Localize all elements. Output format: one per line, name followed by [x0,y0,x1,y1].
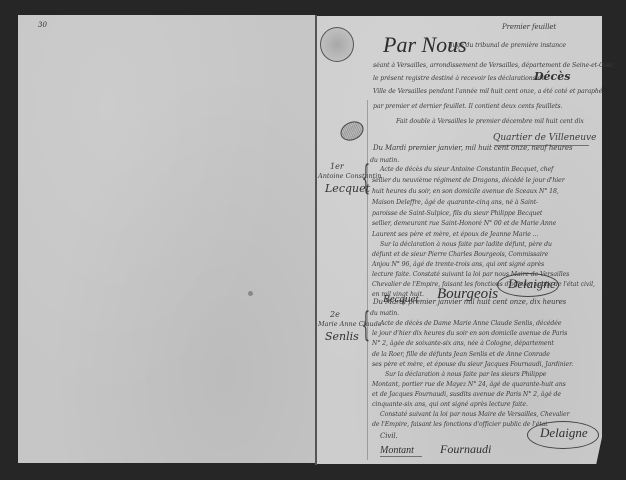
entry-line: de la Roer, fille de défunts Jean Senlis… [372,351,550,358]
entry-line: défunt et de sieur Pierre Charles Bourge… [372,251,548,258]
entry-line: Laurent ses père et mère, et époux de Je… [372,231,538,238]
entry-line: cinquante-six ans, qui ont signé après l… [372,401,528,408]
header-line: le présent registre destiné à recevoir l… [373,75,545,82]
header-closing: Fait double à Versailles le premier déce… [396,118,584,125]
left-page [18,15,316,463]
underline [380,456,422,457]
signature: Delaigne [540,425,588,441]
ink-stain [248,291,253,296]
signature: Delaigne [508,276,556,292]
entry-number: 1er [330,162,344,171]
entry-line: sellier, demeurant rue Saint-Honoré N° 0… [372,220,556,227]
margin-rule [367,100,368,460]
header-keyword: Décès [534,70,570,83]
entry-line: Civil. [380,432,398,440]
header-line: Juge du tribunal de première instance [450,42,566,49]
entry-number: 2e [330,310,340,319]
entry-line: et de Jacques Fournaudi, susdits avenue … [372,391,561,398]
header-line: Ville de Versailles pendant l'année mil … [373,88,602,95]
entry-line: Sur la déclaration à nous faite par les … [385,371,546,378]
entry-line: Acte de décès du sieur Antoine Constanti… [380,166,553,173]
signature: Montant [380,445,414,456]
entry-line: ses père et mère, et épouse du sieur Jac… [372,361,573,368]
entry-line: huit heures du soir, en son domicile ave… [372,188,559,195]
entry-line: du matin. [370,157,399,164]
entry-line: Sur la déclaration à nous faite par ladi… [380,241,552,248]
entry-line: N° 2, âgée de soixante-six ans, née à Co… [372,340,554,347]
entry-margin-name: Senlis [325,330,359,343]
entry-line: sellier du neuvième régiment de Dragons,… [372,177,565,184]
section-label: Quartier de Villeneuve [493,133,596,143]
entry-line: paroisse de Saint-Sulpice, fils du sieur… [372,210,542,217]
brace: { [361,158,370,198]
header-line: séant à Versailles, arrondissement de Ve… [373,62,614,69]
binding-gutter [315,15,317,465]
entry-margin-label: Marie Anne Claude [318,320,382,328]
entry-line: Maison Deleffre, âgé de quarante-cinq an… [372,199,538,206]
entry-line: du matin. [370,310,399,317]
folio-note: Premier feuillet [502,23,556,31]
entry-line: Du Mardi premier janvier, mil huit cent … [373,144,573,152]
entry-line: Du Mardi premier janvier mil huit cent o… [373,298,566,306]
scan-background: 30 Premier feuillet Par Nous Juge du tri… [0,0,626,480]
signature: Fournaudi [440,442,491,457]
entry-line: le jour d'hier dix heures du soir en son… [372,330,567,337]
header-line: par premier et dernier feuillet. Il cont… [373,103,562,110]
entry-line: Acte de décès de Dame Marie Anne Claude … [380,320,561,327]
entry-line: Anjou N° 96, âgé de trente-trois ans, qu… [372,261,544,268]
entry-line: Constaté suivant la loi par nous Maire d… [380,411,569,418]
entry-line: Montant, portier rue de Mayez N° 24, âgé… [372,381,566,388]
round-seal-stamp-icon [320,27,354,62]
brace: { [361,305,370,345]
page-number: 30 [38,21,47,29]
entry-line: de l'Empire, faisant les fonctions d'off… [372,421,548,428]
